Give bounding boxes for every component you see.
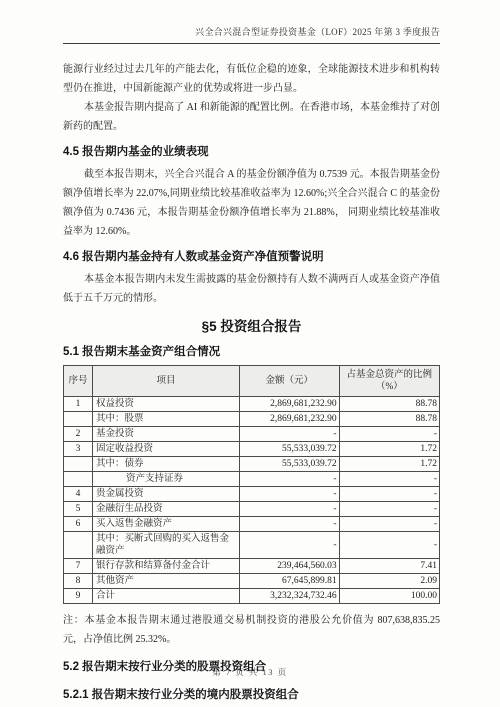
- table-row: 1权益投资2,869,681,232.9088.78: [64, 397, 440, 412]
- doc-header: 兴全合兴混合型证券投资基金（LOF）2025 年第 3 季度报告: [63, 0, 440, 44]
- cell-amount: -: [239, 517, 339, 532]
- table-row: 4贵金属投资--: [64, 487, 440, 502]
- cell-item: 资产支持证券: [92, 472, 239, 487]
- cell-item: 权益投资: [92, 397, 239, 412]
- table-row: 2基金投资--: [64, 427, 440, 442]
- cell-pct: 1.72: [339, 442, 439, 457]
- heading-5-1: 5.1 报告期末基金资产组合情况: [63, 345, 440, 360]
- cell-amount: -: [239, 472, 339, 487]
- doc-header-title: 兴全合兴混合型证券投资基金（LOF）2025 年第 3 季度报告: [195, 27, 440, 37]
- cell-amount: 2,869,681,232.90: [239, 412, 339, 427]
- cell-item: 其他资产: [92, 574, 239, 589]
- cell-pct: -: [339, 532, 439, 559]
- cell-amount: -: [239, 487, 339, 502]
- cell-amount: -: [239, 427, 339, 442]
- column-header-amount: 金额（元）: [239, 366, 339, 397]
- table-row: 资产支持证券--: [64, 472, 440, 487]
- table-row: 3固定收益投资55,533,039.721.72: [64, 442, 440, 457]
- cell-pct: -: [339, 472, 439, 487]
- cell-item: 其中：股票: [92, 412, 239, 427]
- cell-pct: -: [339, 502, 439, 517]
- cell-pct: 100.00: [339, 589, 439, 604]
- table-row: 5金融衍生品投资--: [64, 502, 440, 517]
- page-footer: 第 7 页 共 13 页: [0, 666, 500, 678]
- paragraph-energy-outlook: 能源行业经过过去几年的产能去化，有低位企稳的迹象，全球能源技术进步和机构转型仍在…: [63, 60, 440, 98]
- heading-4-6: 4.6 报告期内基金持有人数或基金资产净值预警说明: [63, 250, 440, 265]
- report-page: 兴全合兴混合型证券投资基金（LOF）2025 年第 3 季度报告 能源行业经过过…: [0, 0, 500, 707]
- cell-seq: 3: [64, 442, 93, 457]
- cell-item: 买入返售金融资产: [92, 517, 239, 532]
- cell-pct: 1.72: [339, 457, 439, 472]
- heading-section-5: §5 投资组合报告: [63, 318, 440, 336]
- cell-seq: [64, 412, 93, 427]
- cell-item: 贵金属投资: [92, 487, 239, 502]
- table-note: 注：本基金本报告期末通过港股通交易机制投资的港股公允价值为 807,638,83…: [63, 611, 440, 649]
- paragraph-performance: 截至本报告期末，兴全合兴混合 A 的基金份额净值为 0.7539 元。本报告期基…: [63, 165, 440, 241]
- cell-amount: 2,869,681,232.90: [239, 397, 339, 412]
- cell-pct: 88.78: [339, 397, 439, 412]
- heading-5-2-1: 5.2.1 报告期末按行业分类的境内股票投资组合: [63, 688, 440, 703]
- column-header-pct: 占基金总资产的比例（%）: [339, 366, 439, 397]
- table-row: 6买入返售金融资产--: [64, 517, 440, 532]
- table-row: 其中：股票2,869,681,232.9088.78: [64, 412, 440, 427]
- cell-amount: -: [239, 502, 339, 517]
- cell-item: 其中：债券: [92, 457, 239, 472]
- cell-pct: 7.41: [339, 559, 439, 574]
- cell-item: 基金投资: [92, 427, 239, 442]
- cell-pct: -: [339, 487, 439, 502]
- cell-seq: 1: [64, 397, 93, 412]
- cell-seq: 8: [64, 574, 93, 589]
- table-header-row: 序号 项目 金额（元） 占基金总资产的比例（%）: [64, 366, 440, 397]
- table-row: 8其他资产67,645,899.812.09: [64, 574, 440, 589]
- paragraph-allocation: 本基金报告期内提高了 AI 和新能源的配置比例。在香港市场，本基金维持了对创新药…: [63, 98, 440, 136]
- paragraph-warning-statement: 本基金本报告期内未发生需披露的基金份额持有人数不满两百人或基金资产净值低于五千万…: [63, 270, 440, 308]
- cell-amount: 3,232,324,732.46: [239, 589, 339, 604]
- cell-item: 固定收益投资: [92, 442, 239, 457]
- asset-table-body: 1权益投资2,869,681,232.9088.78其中：股票2,869,681…: [64, 397, 440, 604]
- table-row: 7银行存款和结算备付金合计239,464,560.037.41: [64, 559, 440, 574]
- cell-seq: 4: [64, 487, 93, 502]
- table-row: 其中：买断式回购的买入返售金融资产--: [64, 532, 440, 559]
- table-row: 9合计3,232,324,732.46100.00: [64, 589, 440, 604]
- cell-item: 其中：买断式回购的买入返售金融资产: [92, 532, 239, 559]
- cell-item: 合计: [92, 589, 239, 604]
- cell-item: 银行存款和结算备付金合计: [92, 559, 239, 574]
- heading-4-5: 4.5 报告期内基金的业绩表现: [63, 145, 440, 160]
- cell-amount: -: [239, 532, 339, 559]
- page-content: 兴全合兴混合型证券投资基金（LOF）2025 年第 3 季度报告 能源行业经过过…: [63, 0, 440, 707]
- cell-pct: -: [339, 517, 439, 532]
- cell-item: 金融衍生品投资: [92, 502, 239, 517]
- table-row: 其中：债券55,533,039.721.72: [64, 457, 440, 472]
- cell-pct: 2.09: [339, 574, 439, 589]
- column-header-pct-line2: （%）: [376, 382, 403, 392]
- cell-seq: 5: [64, 502, 93, 517]
- cell-seq: 9: [64, 589, 93, 604]
- cell-seq: 7: [64, 559, 93, 574]
- cell-amount: 67,645,899.81: [239, 574, 339, 589]
- cell-seq: 6: [64, 517, 93, 532]
- cell-amount: 55,533,039.72: [239, 442, 339, 457]
- asset-table-header: 序号 项目 金额（元） 占基金总资产的比例（%）: [64, 366, 440, 397]
- column-header-seq: 序号: [64, 366, 93, 397]
- column-header-item: 项目: [92, 366, 239, 397]
- cell-seq: [64, 457, 93, 472]
- cell-seq: 2: [64, 427, 93, 442]
- cell-amount: 239,464,560.03: [239, 559, 339, 574]
- cell-pct: -: [339, 427, 439, 442]
- cell-seq: [64, 472, 93, 487]
- cell-seq: [64, 532, 93, 559]
- cell-amount: 55,533,039.72: [239, 457, 339, 472]
- asset-composition-table: 序号 项目 金额（元） 占基金总资产的比例（%） 1权益投资2,869,681,…: [63, 365, 440, 604]
- cell-pct: 88.78: [339, 412, 439, 427]
- column-header-pct-line1: 占基金总资产的比例: [347, 370, 433, 380]
